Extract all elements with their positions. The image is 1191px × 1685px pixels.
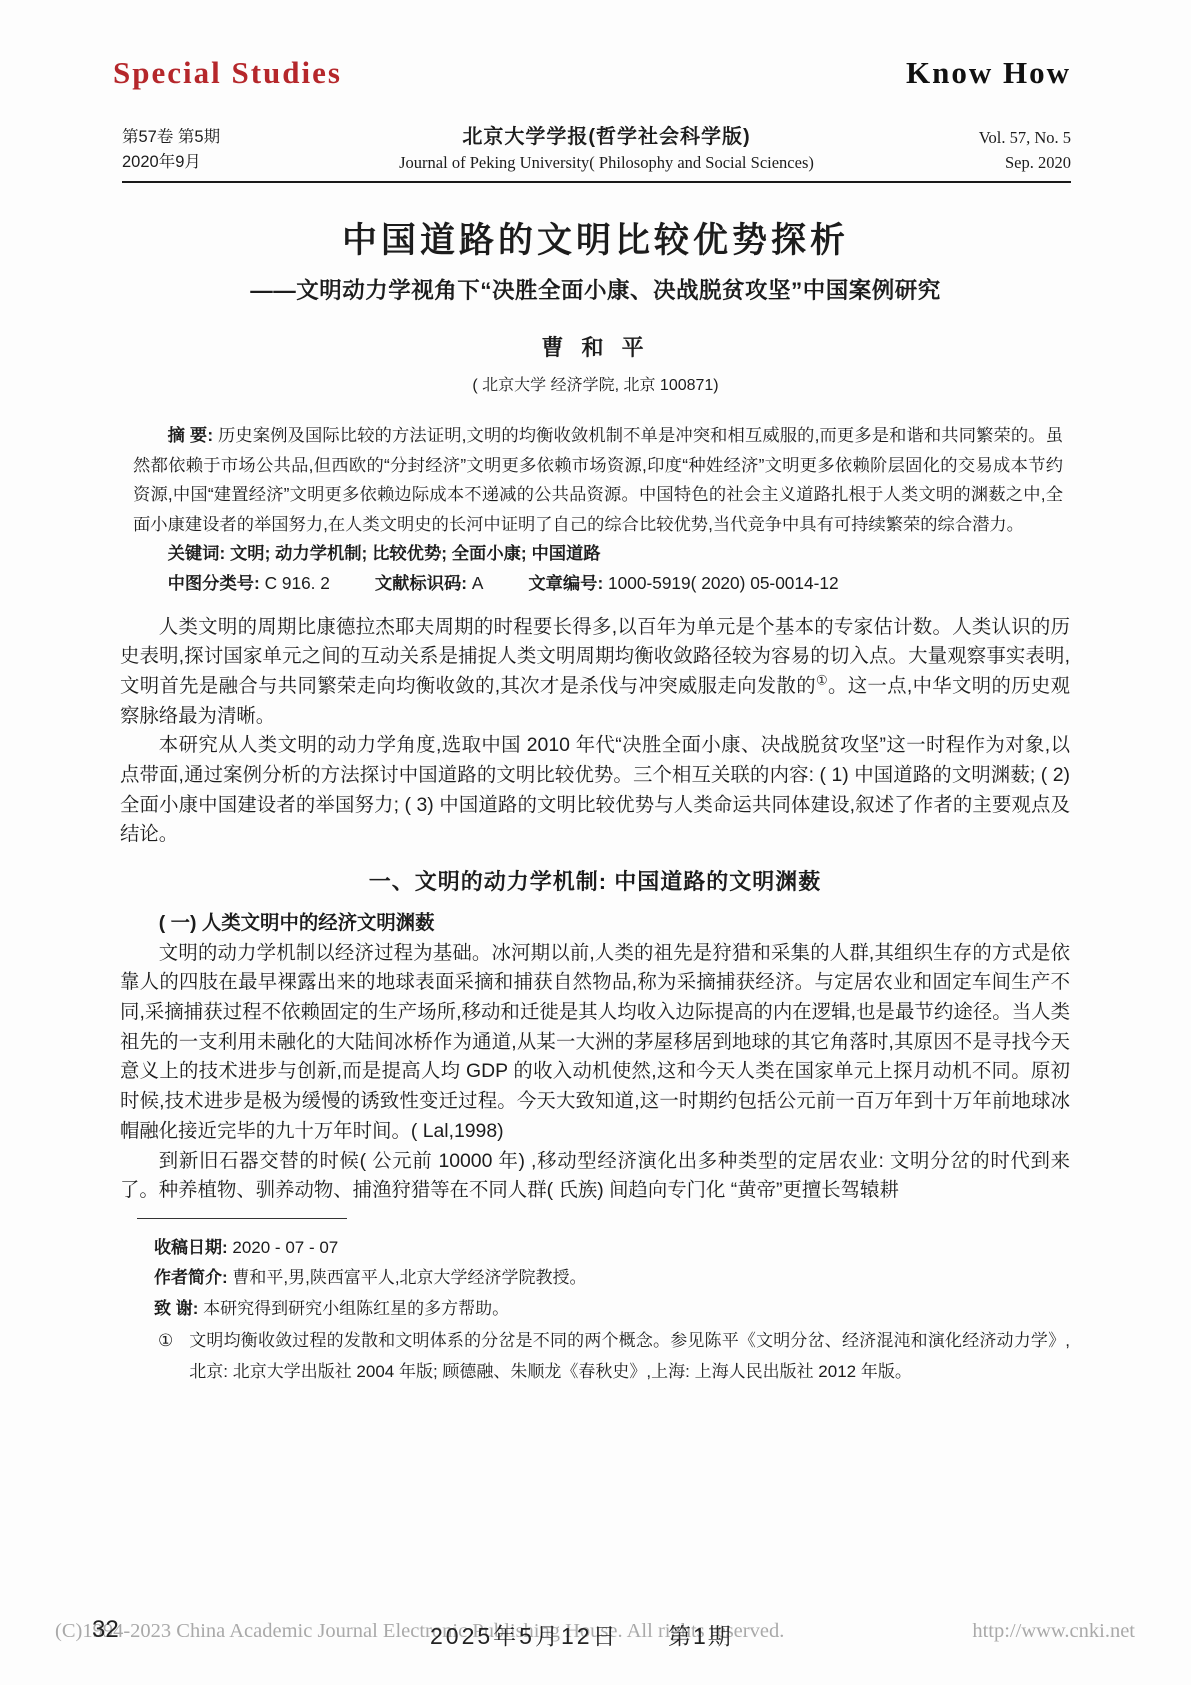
article-title: 中国道路的文明比较优势探析 [120,213,1071,263]
thanks-label: 致 谢: [154,1299,203,1318]
footnote-ref-1: ① [816,673,828,688]
footnote-divider [137,1218,347,1219]
article-body: 人类文明的周期比康德拉杰耶夫周期的时程要长得多,以百年为单元是个基本的专家估计数… [120,613,1070,1206]
keywords-line: 关键词: 文明; 动力学机制; 比较优势; 全面小康; 中国道路 [133,539,1063,569]
column-label-know-how: Know How [906,55,1071,91]
journal-masthead: 第57卷 第5期 2020年9月 北京大学学报(哲学社会科学版) Journal… [0,91,1191,175]
page-header-band: Special Studies Know How [0,0,1191,91]
body-paragraph-2: 本研究从人类文明的动力学角度,选取中国 2010 年代“决胜全面小康、决战脱贫攻… [120,731,1070,850]
keywords-label: 关键词: [168,543,226,563]
footnote-1: ① 文明均衡收敛过程的发散和文明体系的分岔是不同的两个概念。参见陈平《文明分岔、… [120,1326,1070,1387]
journal-title-cn: 北京大学学报(哲学社会科学版) [302,125,911,150]
abstract-label: 摘 要: [168,425,213,445]
received-value: 2020 - 07 - 07 [232,1238,338,1257]
abstract-block: 摘 要: 历史案例及国际比较的方法证明,文明的均衡收敛机制不单是冲突和相互威服的… [133,421,1063,599]
masthead-right: Vol. 57, No. 5 Sep. 2020 [911,125,1071,175]
abstract-text: 历史案例及国际比较的方法证明,文明的均衡收敛机制不单是冲突和相互威服的,而更多是… [133,425,1063,534]
keywords-text: 文明; 动力学机制; 比较优势; 全面小康; 中国道路 [230,543,601,563]
article-id-value: 1000-5919( 2020) 05-0014-12 [608,573,839,593]
thanks-value: 本研究得到研究小组陈红星的多方帮助。 [203,1299,509,1318]
abstract-paragraph: 摘 要: 历史案例及国际比较的方法证明,文明的均衡收敛机制不单是冲突和相互威服的… [133,421,1063,539]
date-cn: 2020年9月 [122,150,302,175]
article-id-label: 文章编号: [528,573,608,593]
clc-label: 中图分类号: [168,573,265,593]
masthead-left: 第57卷 第5期 2020年9月 [122,125,302,175]
subsection-1-heading: ( 一) 人类文明中的经济文明渊薮 [120,909,1070,939]
masthead-divider [122,181,1071,183]
page-number: 32 [92,1616,119,1644]
author-affiliation: ( 北京大学 经济学院, 北京 100871) [0,372,1191,395]
section-1-heading: 一、文明的动力学机制: 中国道路的文明渊薮 [120,867,1070,897]
column-label-special-studies: Special Studies [113,55,342,91]
issue-stamp: 第1期 [668,1618,733,1651]
clc-value: C 916. 2 [265,573,330,593]
journal-page: Special Studies Know How 第57卷 第5期 2020年9… [0,0,1191,1685]
date-en: Sep. 2020 [911,150,1071,175]
body-paragraph-4: 到新旧石器交替的时候( 公元前 10000 年) ,移动型经济演化出多种类型的定… [120,1147,1070,1206]
page-footer: (C)1994-2023 China Academic Journal Elec… [0,1612,1191,1662]
volume-issue-cn: 第57卷 第5期 [122,125,302,150]
volume-issue-en: Vol. 57, No. 5 [911,125,1071,150]
acknowledgement-line: 致 谢: 本研究得到研究小组陈红星的多方帮助。 [120,1294,1070,1325]
watermark-url: http://www.cnki.net [972,1620,1135,1643]
journal-title-en: Journal of Peking University( Philosophy… [302,150,911,175]
body-paragraph-1: 人类文明的周期比康德拉杰耶夫周期的时程要长得多,以百年为单元是个基本的专家估计数… [120,613,1070,732]
footnote-1-marker: ① [158,1326,173,1387]
classification-line: 中图分类号: C 916. 2文献标识码: A文章编号: 1000-5919( … [133,569,1063,599]
bio-label: 作者简介: [154,1268,232,1287]
footnotes-block: 收稿日期: 2020 - 07 - 07 作者简介: 曹和平,男,陕西富平人,北… [120,1233,1070,1388]
footnote-1-text: 文明均衡收敛过程的发散和文明体系的分岔是不同的两个概念。参见陈平《文明分岔、经济… [189,1326,1070,1387]
bio-value: 曹和平,男,陕西富平人,北京大学经济学院教授。 [232,1268,586,1287]
author-bio-line: 作者简介: 曹和平,男,陕西富平人,北京大学经济学院教授。 [120,1263,1070,1294]
doc-code-label: 文献标识码: [375,573,472,593]
article-subtitle: ——文明动力学视角下“决胜全面小康、决战脱贫攻坚”中国案例研究 [110,273,1081,305]
body-paragraph-3: 文明的动力学机制以经济过程为基础。冰河期以前,人类的祖先是狩猎和采集的人群,其组… [120,939,1070,1147]
article-author: 曹 和 平 [0,331,1191,362]
received-date-line: 收稿日期: 2020 - 07 - 07 [120,1233,1070,1264]
received-label: 收稿日期: [154,1238,232,1257]
download-date-stamp: 2025年5月12日 [430,1618,619,1651]
doc-code-value: A [472,573,484,593]
masthead-center: 北京大学学报(哲学社会科学版) Journal of Peking Univer… [302,125,911,175]
